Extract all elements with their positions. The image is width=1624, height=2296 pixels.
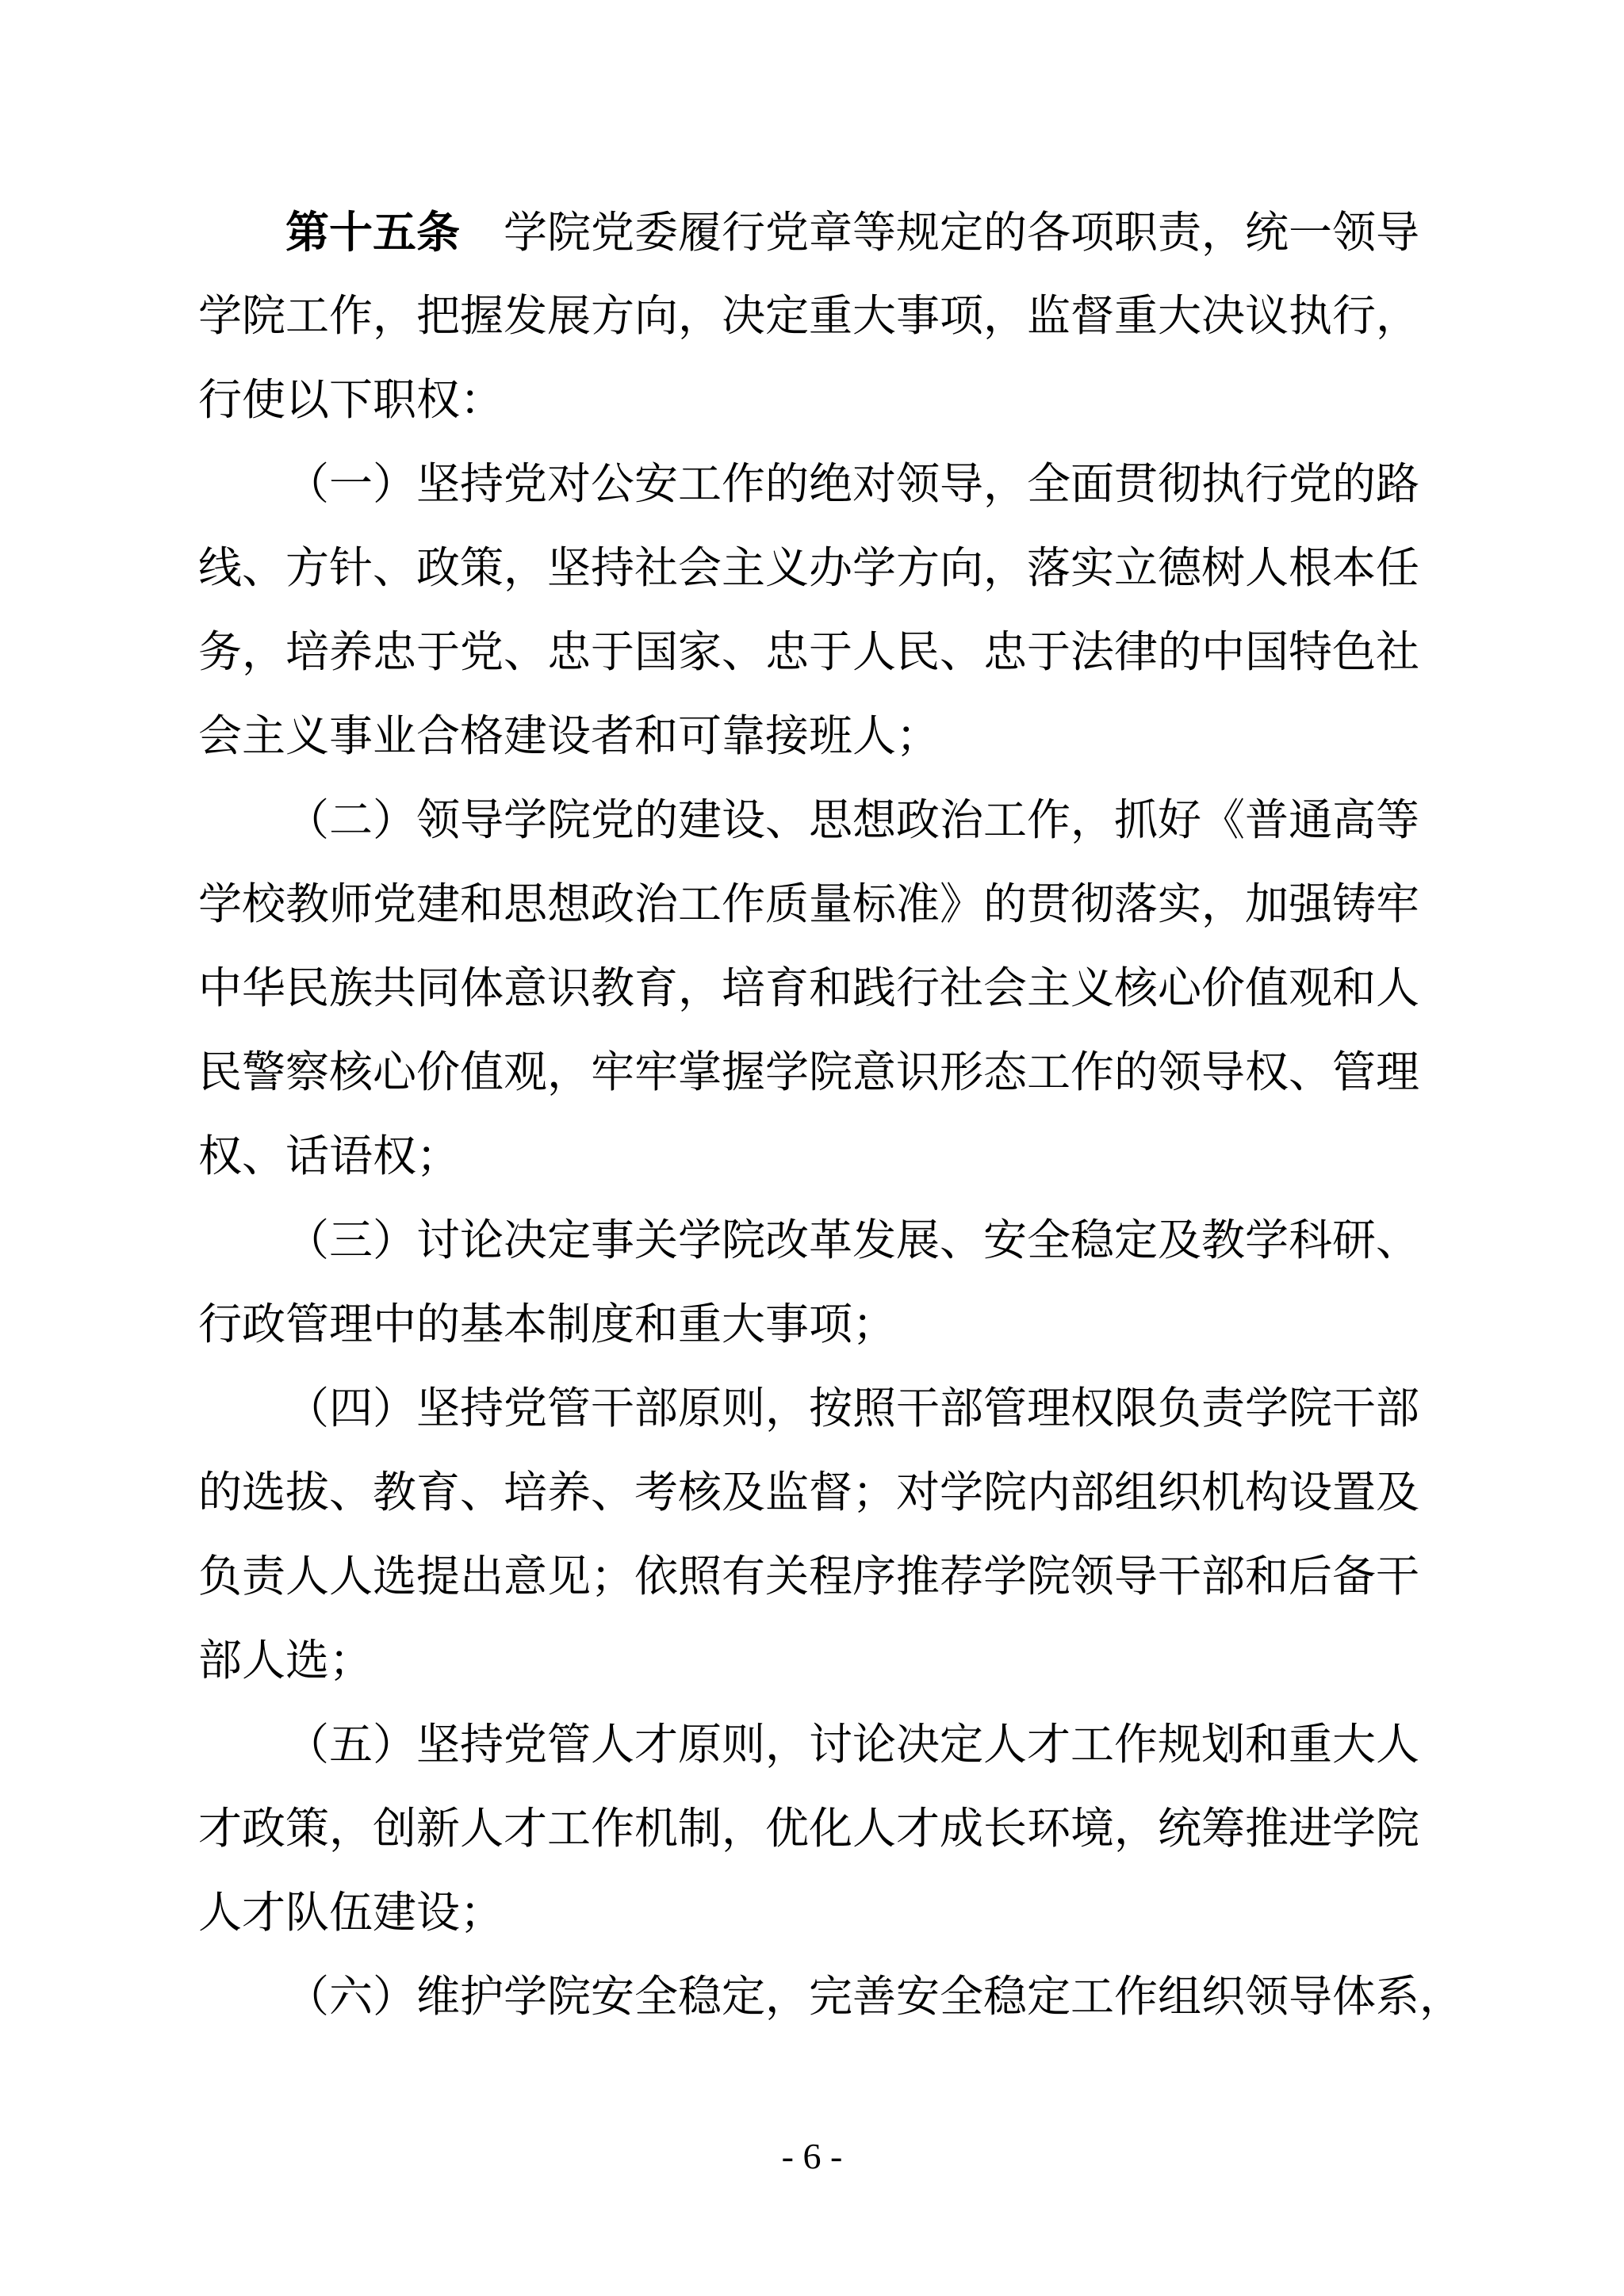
body-line: 部人选； [198, 1619, 1435, 1703]
article-lead-text: 学院党委履行党章等规定的各项职责，统一领导 [460, 209, 1419, 257]
body-line: 人才队伍建设； [198, 1871, 1435, 1955]
body-line-item-1: （一）坚持党对公安工作的绝对领导，全面贯彻执行党的路 [198, 442, 1435, 526]
body-line: 学院工作，把握发展方向，决定重大事项，监督重大决议执行， [198, 274, 1435, 358]
page-footer: - 6 - [0, 2136, 1624, 2177]
body-line: 负责人人选提出意见；依照有关程序推荐学院领导干部和后备干 [198, 1535, 1435, 1619]
body-line: 行使以下职权： [198, 358, 1435, 442]
body-line: 的选拔、教育、培养、考核及监督；对学院内部组织机构设置及 [198, 1451, 1435, 1535]
body-line-item-2: （二）领导学院党的建设、思想政治工作，抓好《普通高等 [198, 779, 1435, 863]
body-line: 会主义事业合格建设者和可靠接班人； [198, 695, 1435, 779]
body-line: 民警察核心价值观，牢牢掌握学院意识形态工作的领导权、管理 [198, 1031, 1435, 1115]
body-line-item-6: （六）维护学院安全稳定，完善安全稳定工作组织领导体系， [198, 1955, 1435, 2039]
body-line: 学校教师党建和思想政治工作质量标准》的贯彻落实，加强铸牢 [198, 863, 1435, 947]
body-line-item-4: （四）坚持党管干部原则，按照干部管理权限负责学院干部 [198, 1367, 1435, 1451]
body-line-item-5: （五）坚持党管人才原则，讨论决定人才工作规划和重大人 [198, 1703, 1435, 1787]
body-line: 务，培养忠于党、忠于国家、忠于人民、忠于法律的中国特色社 [198, 610, 1435, 695]
body-line: 权、话语权； [198, 1115, 1435, 1199]
body-line: 线、方针、政策，坚持社会主义办学方向，落实立德树人根本任 [198, 526, 1435, 610]
body-line: 行政管理中的基本制度和重大事项； [198, 1283, 1435, 1367]
document-body: 第十五条 学院党委履行党章等规定的各项职责，统一领导 学院工作，把握发展方向，决… [198, 190, 1435, 2039]
document-page: 第十五条 学院党委履行党章等规定的各项职责，统一领导 学院工作，把握发展方向，决… [0, 0, 1624, 2296]
body-line-item-3: （三）讨论决定事关学院改革发展、安全稳定及教学科研、 [198, 1199, 1435, 1283]
body-line: 才政策，创新人才工作机制，优化人才成长环境，统筹推进学院 [198, 1787, 1435, 1871]
article-number: 第十五条 [285, 208, 460, 257]
page-number: - 6 - [782, 2136, 843, 2176]
body-line: 中华民族共同体意识教育，培育和践行社会主义核心价值观和人 [198, 947, 1435, 1031]
article-heading-line: 第十五条 学院党委履行党章等规定的各项职责，统一领导 [198, 190, 1435, 274]
